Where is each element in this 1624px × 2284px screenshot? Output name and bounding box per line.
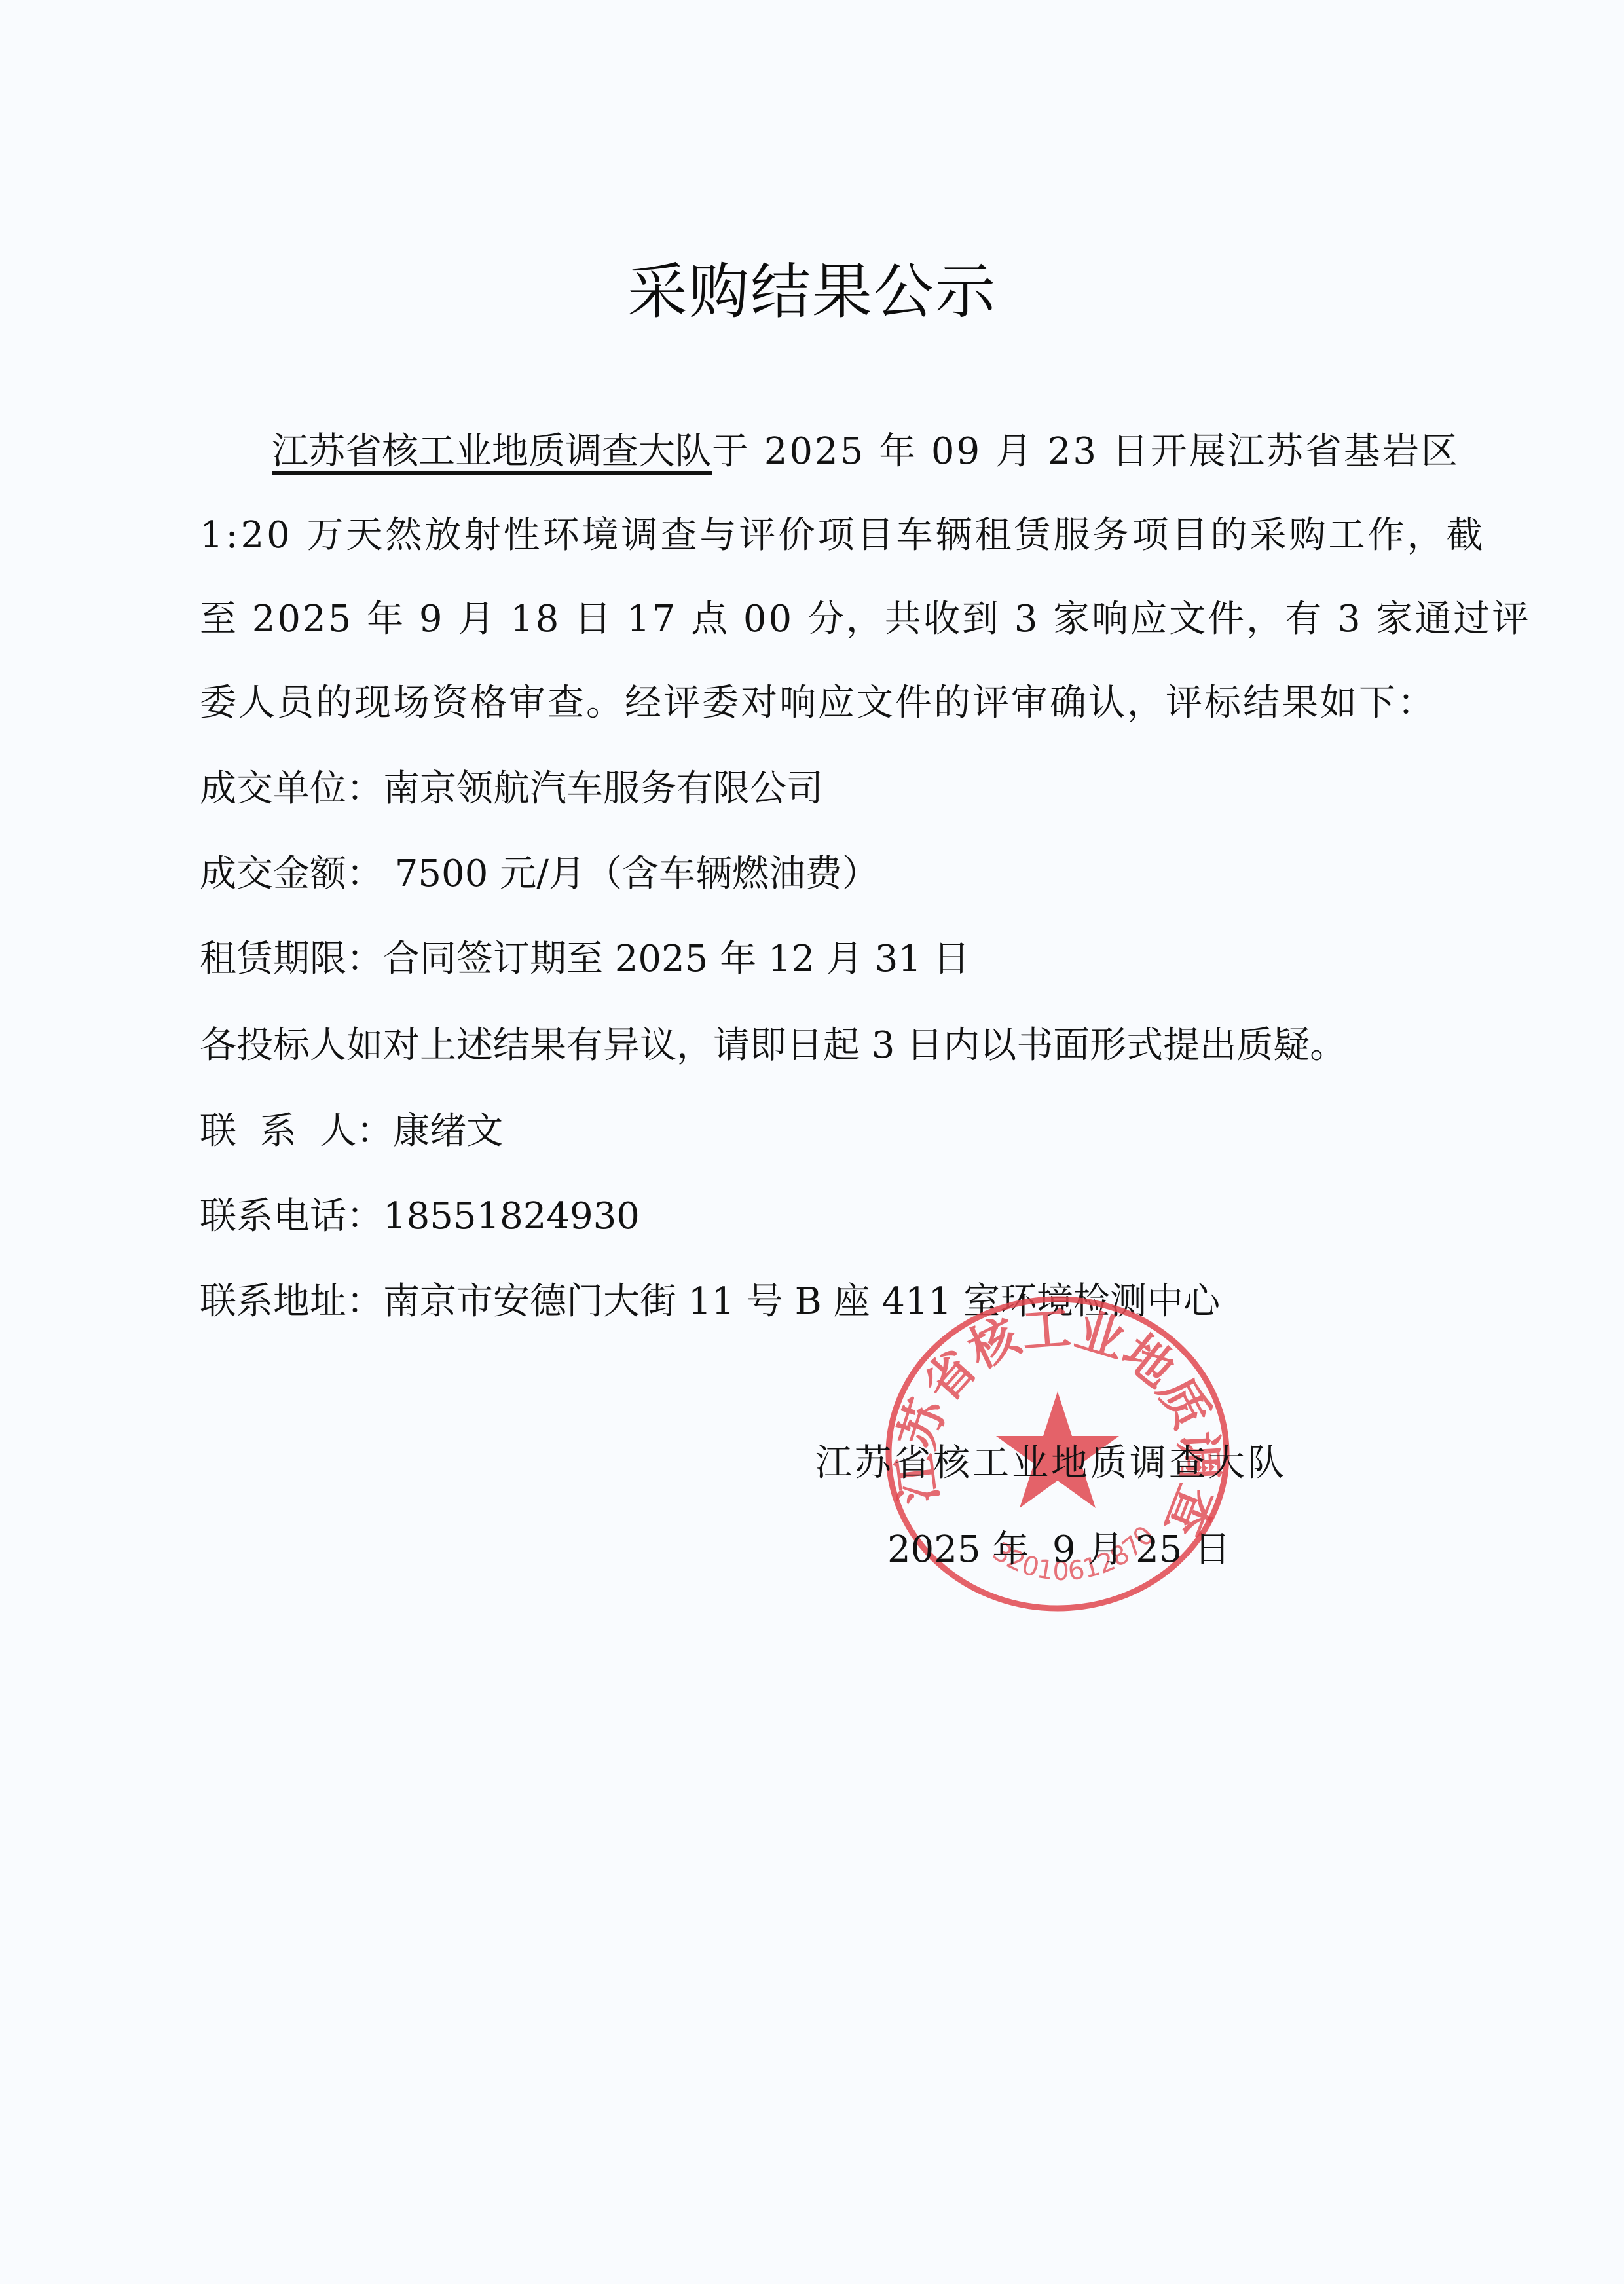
- body-line-1: 江苏省核工业地质调查大队于 2025 年 09 月 23 日开展江苏省基岩区: [272, 429, 1460, 475]
- body-line-3: 至 2025 年 9 月 18 日 17 点 00 分，共收到 3 家响应文件，…: [200, 597, 1530, 642]
- contact-address-label: 联系地址：: [200, 1280, 383, 1323]
- signature-date: 2025 年 9 月 25 日: [887, 1527, 1230, 1573]
- contact-phone: 联系电话：18551824930: [200, 1194, 640, 1240]
- body-line-1-text: 于 2025 年 09 月 23 日开展江苏省基岩区: [712, 430, 1460, 473]
- result-value: 南京领航汽车服务有限公司: [383, 767, 823, 810]
- result-amount: 成交金额： 7500 元/月（含车辆燃油费）: [200, 851, 879, 897]
- result-label: 租赁期限：: [200, 938, 383, 980]
- body-line-2: 1:20 万天然放射性环境调查与评价项目车辆租赁服务项目的采购工作，截: [200, 513, 1486, 559]
- contact-address: 联系地址：南京市安德门大街 11 号 B 座 411 室环境检测中心: [200, 1279, 1220, 1325]
- result-value: 合同签订期至 2025 年 12 月 31 日: [383, 938, 970, 980]
- contact-phone-value: 18551824930: [383, 1195, 640, 1238]
- result-term: 租赁期限：合同签订期至 2025 年 12 月 31 日: [200, 936, 970, 982]
- seal-text: 江苏省核工业地质调查大队: [881, 1293, 1228, 1543]
- organization-name: 江苏省核工业地质调查大队: [272, 430, 712, 473]
- result-value: 7500 元/月（含车辆燃油费）: [383, 853, 879, 895]
- contact-phone-label: 联系电话：: [200, 1195, 383, 1238]
- result-winner: 成交单位：南京领航汽车服务有限公司: [200, 766, 823, 812]
- signature-organization: 江苏省核工业地质调查大队: [815, 1441, 1287, 1486]
- result-label: 成交金额：: [200, 853, 383, 895]
- body-line-4: 委人员的现场资格审查。经评委对响应文件的评审确认，评标结果如下：: [200, 680, 1436, 726]
- contact-person-label: 联 系 人：: [200, 1110, 393, 1152]
- contact-address-value: 南京市安德门大街 11 号 B 座 411 室环境检测中心: [383, 1280, 1220, 1323]
- objection-notice: 各投标人如对上述结果有异议，请即日起 3 日内以书面形式提出质疑。: [200, 1023, 1346, 1069]
- contact-person: 联 系 人：康绪文: [200, 1109, 503, 1154]
- page-title: 采购结果公示: [0, 244, 1624, 330]
- svg-text:江苏省核工业地质调查大队: 江苏省核工业地质调查大队: [881, 1293, 1228, 1543]
- contact-person-value: 康绪文: [393, 1110, 503, 1152]
- result-label: 成交单位：: [200, 767, 383, 810]
